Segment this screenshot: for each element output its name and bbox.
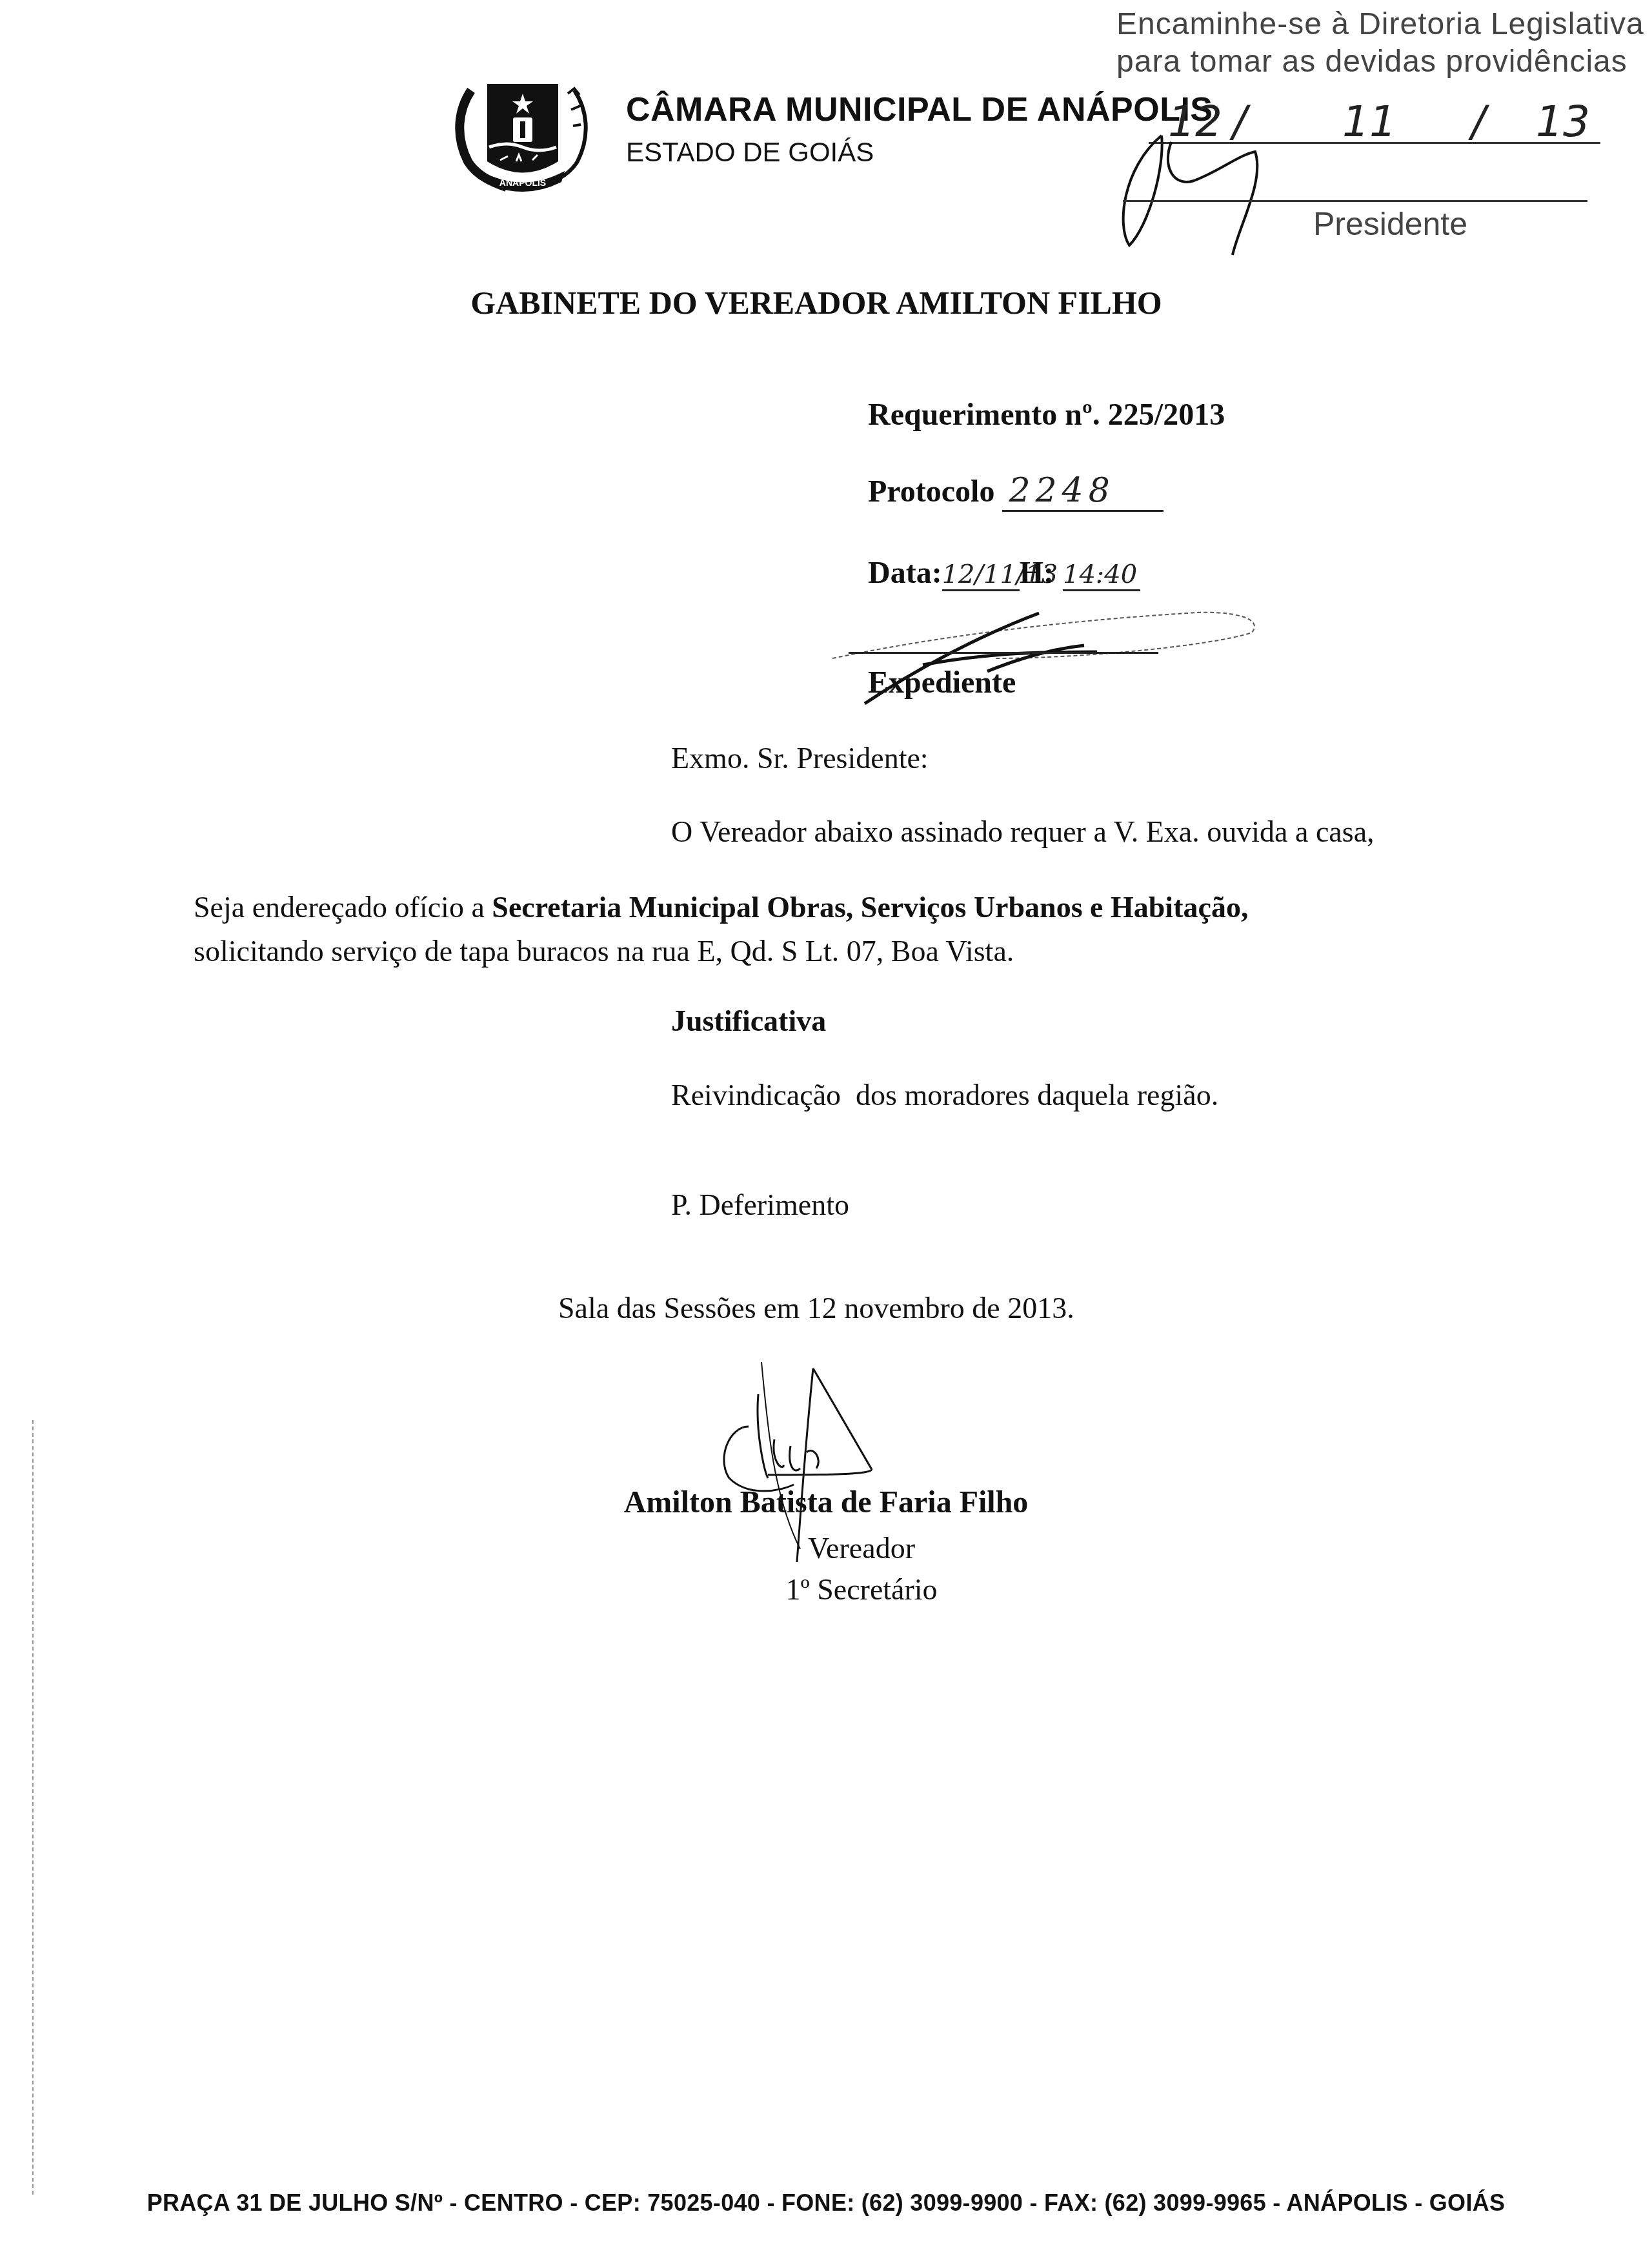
expediente-line [849,652,1158,654]
closing: P. Deferimento [671,1188,849,1222]
state-name: ESTADO DE GOIÁS [626,137,874,168]
justification-title: Justificativa [671,1004,826,1038]
date-label: Data: [868,556,942,590]
president-signature-icon [1110,129,1316,258]
protocol-label: Protocolo [868,474,994,509]
stamp-instruction-line2: para tomar as devidas providências [1116,44,1627,79]
place-date: Sala das Sessões em 12 novembro de 2013. [558,1291,1074,1325]
stamp-role: Presidente [1313,205,1467,243]
request-details: solicitando serviço de tapa buracos na r… [194,935,1014,968]
signer-title: 1º Secretário [0,1572,1652,1607]
expediente-label: Expediente [868,665,1016,700]
svg-text:ANÁPOLIS: ANÁPOLIS [499,178,546,188]
stamp-date-year: 13 [1536,97,1590,147]
council-name: CÂMARA MUNICIPAL DE ANÁPOLIS [626,90,1213,129]
coat-of-arms-icon: ANÁPOLIS [452,65,594,200]
stamp-signature-line [1123,200,1587,202]
request-number: Requerimento nº. 225/2013 [868,397,1225,432]
request-prefix: Seja endereçado ofício a [194,891,492,924]
signer-role: Vereador [0,1531,1652,1565]
date-row: Data:12/11/13H:14:40 [868,555,1140,591]
hour-label: H: [1020,556,1054,590]
footer-address: PRAÇA 31 DE JULHO S/Nº - CENTRO - CEP: 7… [0,2189,1652,2217]
protocol-row: Protocolo 2248 [868,471,1163,512]
cabinet-title: GABINETE DO VEREADOR AMILTON FILHO [0,284,1652,321]
request-recipient: Secretaria Municipal Obras, Serviços Urb… [492,891,1248,924]
intro-paragraph: O Vereador abaixo assinado requer a V. E… [671,815,1375,849]
salutation: Exmo. Sr. Presidente: [671,741,929,775]
scan-edge-artifact [32,1420,34,2195]
request-paragraph: Seja endereçado ofício a Secretaria Muni… [194,886,1248,973]
justification-text: Reivindicação dos moradores daquela regi… [671,1078,1218,1112]
signer-name: Amilton Batista de Faria Filho [0,1485,1652,1520]
stamp-instruction-line1: Encaminhe-se à Diretoria Legislativa [1116,6,1644,42]
hour-value: 14:40 [1063,560,1140,591]
protocol-value: 2248 [1002,471,1163,512]
date-value: 12/11/13 [942,560,1020,591]
stamp-date-month: 11 [1342,97,1396,147]
